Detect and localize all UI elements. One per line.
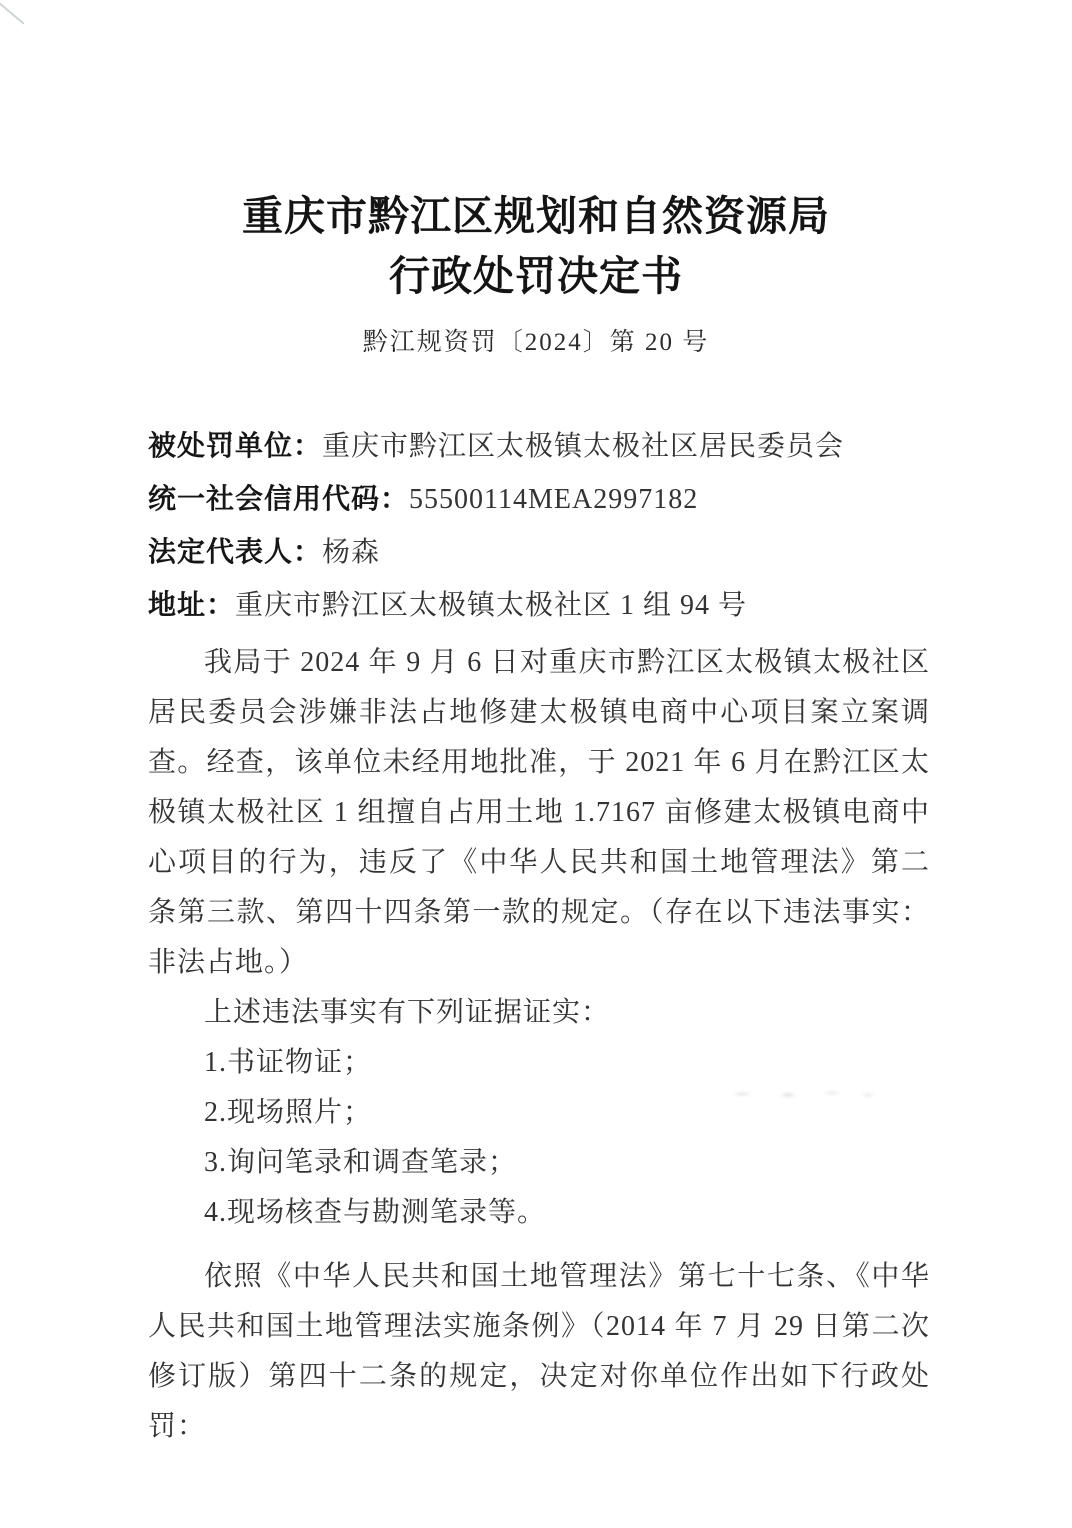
field-value-credit-code: 55500114MEA2997182 bbox=[409, 484, 698, 515]
party-info-fields: 被处罚单位：重庆市黔江区太极镇太极社区居民委员会 统一社会信用代码：555001… bbox=[148, 420, 930, 632]
page-title-line2: 行政处罚决定书 bbox=[0, 246, 1072, 306]
document-paragraphs: 我局于 2024 年 9 月 6 日对重庆市黔江区太极镇太极社区居民委员会涉嫌非… bbox=[148, 638, 930, 1452]
field-row-punished-unit: 被处罚单位：重庆市黔江区太极镇太极社区居民委员会 bbox=[148, 420, 930, 473]
field-row-address: 地址：重庆市黔江区太极镇太极社区 1 组 94 号 bbox=[148, 579, 930, 632]
page-title-line1: 重庆市黔江区规划和自然资源局 bbox=[0, 186, 1072, 246]
field-label-punished-unit: 被处罚单位： bbox=[148, 430, 322, 461]
field-label-legal-representative: 法定代表人： bbox=[148, 536, 322, 567]
paragraph-penalty-basis: 依照《中华人民共和国土地管理法》第七十七条、《中华人民共和国土地管理法实施条例》… bbox=[148, 1252, 930, 1452]
paragraph-evidence-intro: 上述违法事实有下列证据证实： bbox=[148, 988, 930, 1038]
field-value-punished-unit: 重庆市黔江区太极镇太极社区居民委员会 bbox=[322, 431, 844, 462]
evidence-item-1: 1.书证物证； bbox=[148, 1038, 930, 1088]
evidence-item-3: 3.询问笔录和调查笔录； bbox=[148, 1138, 930, 1188]
field-row-legal-representative: 法定代表人：杨森 bbox=[148, 526, 930, 579]
document-body: 被处罚单位：重庆市黔江区太极镇太极社区居民委员会 统一社会信用代码：555001… bbox=[148, 420, 930, 1452]
paragraph-case-facts: 我局于 2024 年 9 月 6 日对重庆市黔江区太极镇太极社区居民委员会涉嫌非… bbox=[148, 638, 930, 988]
scan-smudge-artifact bbox=[730, 1088, 880, 1100]
document-page: 重庆市黔江区规划和自然资源局 行政处罚决定书 黔江规资罚〔2024〕第 20 号… bbox=[0, 0, 1072, 1528]
field-value-address: 重庆市黔江区太极镇太极社区 1 组 94 号 bbox=[235, 590, 747, 621]
evidence-item-4: 4.现场核查与勘测笔录等。 bbox=[148, 1188, 930, 1238]
field-row-credit-code: 统一社会信用代码：55500114MEA2997182 bbox=[148, 473, 930, 526]
field-value-legal-representative: 杨森 bbox=[322, 537, 380, 568]
field-label-address: 地址： bbox=[148, 589, 235, 620]
field-label-credit-code: 统一社会信用代码： bbox=[148, 483, 409, 514]
document-number: 黔江规资罚〔2024〕第 20 号 bbox=[0, 322, 1072, 358]
document-title: 重庆市黔江区规划和自然资源局 行政处罚决定书 bbox=[0, 0, 1072, 306]
